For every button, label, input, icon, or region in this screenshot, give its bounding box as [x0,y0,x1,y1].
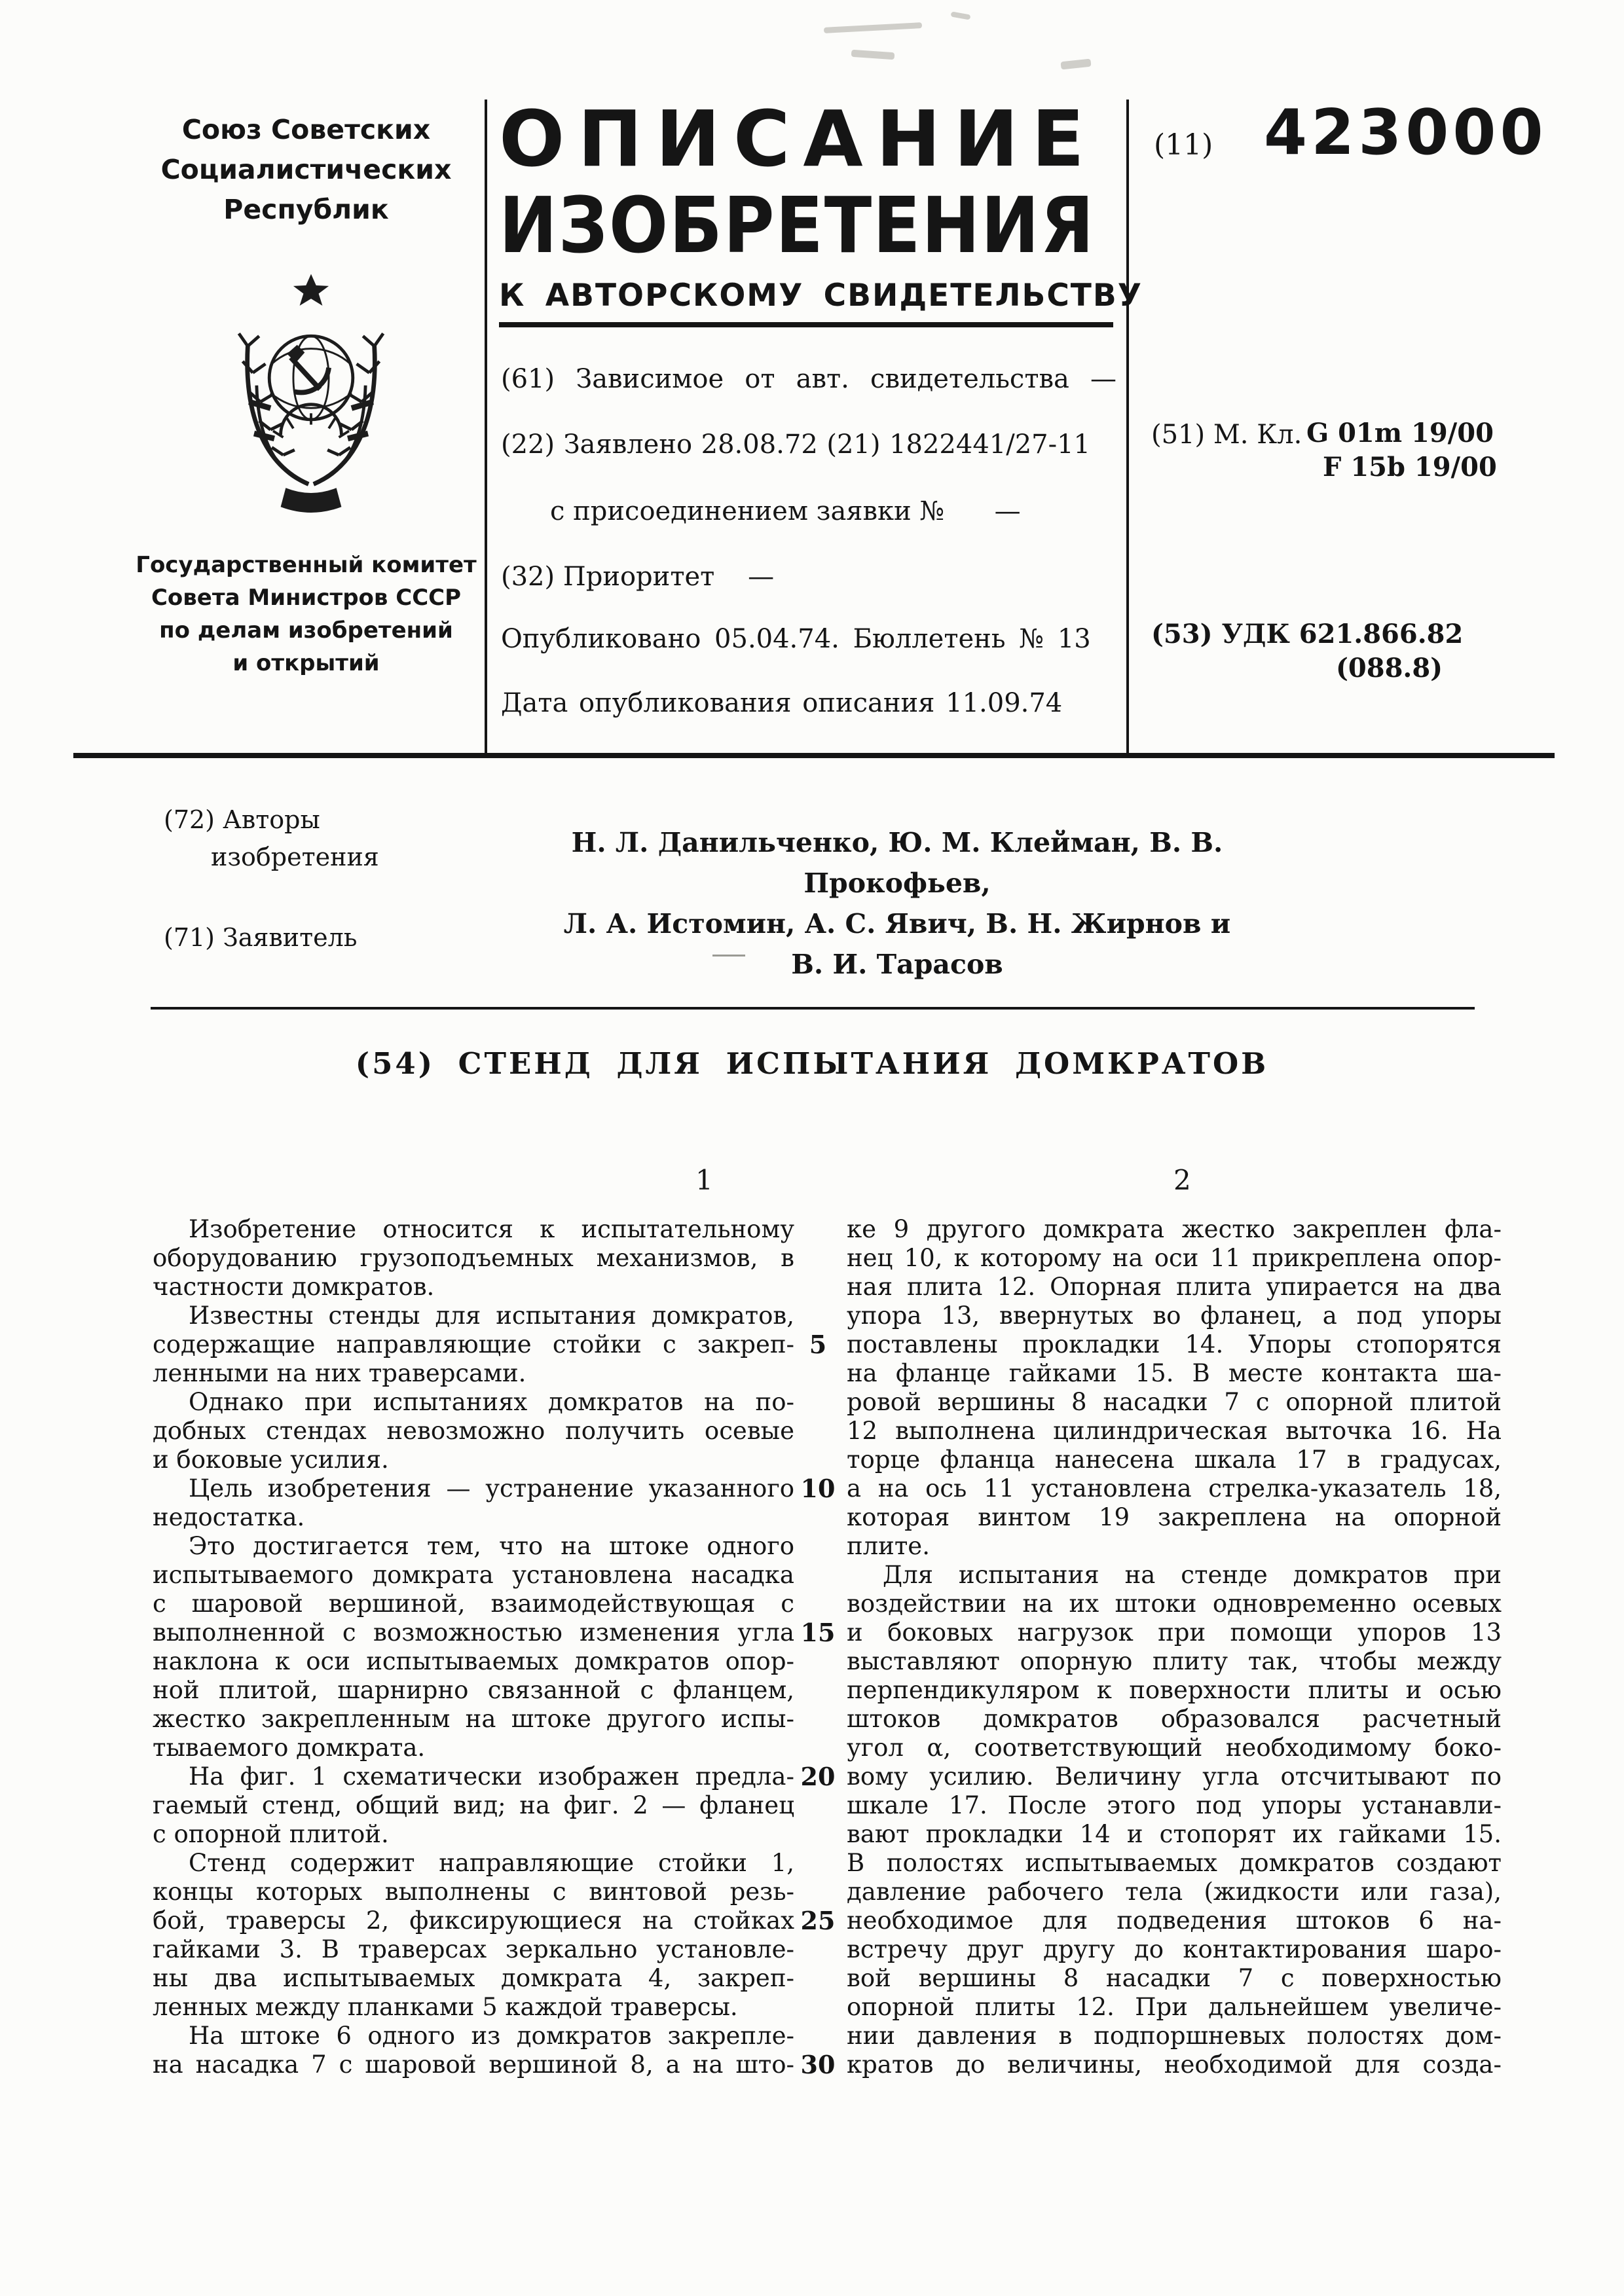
text-line: ленных между планками 5 каждой траверсы. [153,1993,794,2022]
author-names: Н. Л. Данильченко, Ю. М. Клейман, В. В. … [544,822,1251,985]
number-code-label: (11) [1154,128,1213,162]
field-description-date: Дата опубликования описания 11.09.74 [501,687,1062,719]
body-column-1: Изобретение относится к испытательномуоб… [153,1215,794,2079]
text-line: торце фланца нанесена шкала 17 в градуса… [847,1446,1502,1474]
text-line: плите. [847,1532,1502,1561]
list-item: Союз Советских [115,110,498,150]
text-line: оборудованию грузоподъемных механизмов, … [153,1244,794,1273]
subtitle-underline [499,322,1113,327]
ussr-emblem [216,267,406,529]
text-line: опорной плиты 12. При дальнейшем увеличе… [847,1993,1502,2022]
header-divider [73,753,1555,758]
field-61-dependent: (61) Зависимое от авт. свидетельства — [501,363,1116,395]
text-line: нии давления в подпоршневых полостях дом… [847,2022,1502,2050]
text-line: испытываемого домкрата установлена насад… [153,1561,794,1590]
paragraph: Цель изобретения — устранение указанного… [153,1474,794,1532]
doc-subtitle: К АВТОРСКОМУ СВИДЕТЕЛЬСТВУ [499,278,1115,314]
field-72-authors-label-2: изобретения [211,841,379,873]
paragraph: Однако при испытаниях домкратов на по-до… [153,1388,794,1474]
text-line: жестко закрепленным на штоке другого исп… [153,1705,794,1734]
text-line: давление рабочего тела (жидкости или газ… [847,1878,1502,1906]
scan-smudge [824,22,922,33]
field-51-class-value-2: F 15b 19/00 [1323,452,1497,483]
field-51-class-label: (51) М. Кл. [1151,419,1302,450]
list-item: 20 [790,1647,846,1791]
text-line: Для испытания на стенде домкратов при [847,1561,1502,1590]
authors-divider [151,1007,1475,1010]
text-line: Изобретение относится к испытательному [153,1215,794,1244]
text-line: Это достигается тем, что на штоке одного [153,1532,794,1561]
text-line: воздействии на их штоки одновременно осе… [847,1590,1502,1618]
country-name: Союз СоветскихСоциалистическихРеспублик [115,110,498,230]
body-column-2: ке 9 другого домкрата жестко закреплен ф… [847,1215,1502,2079]
text-line: 12 выполнена цилиндрическая выточка 16. … [847,1417,1502,1446]
paragraph: На фиг. 1 схематически изображен предла-… [153,1762,794,1849]
paragraph: Для испытания на стенде домкратов привоз… [847,1561,1502,2079]
text-line: на фланце гайками 15. В месте контакта ш… [847,1359,1502,1388]
text-line: содержащие направляющие стойки с закреп- [153,1330,794,1359]
text-line: перпендикуляром к поверхности плиты и ос… [847,1676,1502,1705]
field-72-authors-label: (72) Авторы [164,804,320,835]
list-item: 10 [790,1359,846,1503]
text-line: упора 13, ввернутых во фланец, а под упо… [847,1302,1502,1330]
text-line: Однако при испытаниях домкратов на по- [153,1388,794,1417]
list-item: Республик [115,190,498,230]
text-line: ная плита 12. Опорная плита упирается на… [847,1273,1502,1302]
list-item: Социалистических [115,150,498,190]
star-icon [293,274,329,306]
text-line: наклона к оси испытываемых домкратов опо… [153,1647,794,1676]
invention-title: (54) СТЕНД ДЛЯ ИСПЫТАНИЯ ДОМКРАТОВ [304,1046,1319,1081]
paragraph: На штоке 6 одного из домкратов закрепле-… [153,2022,794,2079]
text-line: вому усилию. Величину угла отсчитывают п… [847,1762,1502,1791]
text-line: встречу друг другу до контактирования ша… [847,1935,1502,1964]
text-line: Известны стенды для испытания домкратов, [153,1302,794,1330]
text-line: вой вершины 8 насадки 7 с поверхностью [847,1964,1502,1993]
scan-smudge [951,11,971,20]
scan-smudge [851,50,895,60]
text-line: нец 10, к которому на оси 11 прикреплена… [847,1244,1502,1273]
text-line: выполненной с возможностью изменения угл… [153,1618,794,1647]
column-1-number: 1 [695,1164,713,1196]
field-53-udk-value-2: (088.8) [1336,653,1443,684]
field-22-filed: (22) Заявлено 28.08.72 (21) 1822441/27-1… [501,429,1090,460]
patent-number: 423000 [1264,97,1547,169]
text-line: а на ось 11 установлена стрелка-указател… [847,1474,1502,1503]
text-line: с опорной плитой. [153,1820,794,1849]
text-line: ленными на них траверсами. [153,1359,794,1388]
text-line: гайками 3. В траверсах зеркально установ… [153,1935,794,1964]
text-line: поставлены прокладки 14. Упоры стопорятс… [847,1330,1502,1359]
patent-document-page: Союз СоветскихСоциалистическихРеспублик [0,0,1624,2296]
text-line: которая винтом 19 закреплена на опорной [847,1503,1502,1532]
text-line: ной плитой, шарнирно связанной с фланцем… [153,1676,794,1705]
text-line: частности домкратов. [153,1273,794,1302]
vertical-divider [485,100,487,753]
text-line: недостатка. [153,1503,794,1532]
text-line: На фиг. 1 схематически изображен предла- [153,1762,794,1791]
text-line: и боковые усилия. [153,1446,794,1474]
list-item: Государственный комитет [115,549,498,581]
text-line: Стенд содержит направляющие стойки 1, [153,1849,794,1878]
text-line: шкале 17. После этого под упоры устанавл… [847,1791,1502,1820]
line-number-gutter: 51015202530 [790,1215,846,2079]
text-line: ровой вершины 8 насадки 7 с опорной плит… [847,1388,1502,1417]
author-names-line-1: Н. Л. Данильченко, Ю. М. Клейман, В. В. … [544,822,1251,903]
text-line: с шаровой вершиной, взаимодействующая с [153,1590,794,1618]
text-line: тываемого домкрата. [153,1734,794,1762]
text-line: концы которых выполнены с винтовой резь- [153,1878,794,1906]
text-line: и боковых нагрузок при помощи упоров 13 [847,1618,1502,1647]
text-line: На штоке 6 одного из домкратов закрепле- [153,2022,794,2050]
paragraph: Известны стенды для испытания домкратов,… [153,1302,794,1388]
field-32-priority: (32) Приоритет — [501,561,774,592]
field-joined-application: с присоединением заявки № — [550,496,1021,527]
list-item: 15 [790,1503,846,1647]
list-item: 5 [790,1215,846,1359]
scan-smudge [1060,59,1091,70]
field-53-udk-value: (53) УДК 621.866.82 [1151,619,1463,650]
text-line: штоков домкратов образовался расчетный [847,1705,1502,1734]
list-item: и открытий [115,647,498,680]
author-names-line-2: Л. А. Истомин, А. С. Явич, В. Н. Жирнов … [544,903,1251,985]
text-line: В полостях испытываемых домкратов создаю… [847,1849,1502,1878]
paragraph: Стенд содержит направляющие стойки 1,кон… [153,1849,794,2022]
text-line: кратов до величины, необходимой для созд… [847,2050,1502,2079]
field-published: Опубликовано 05.04.74. Бюллетень № 13 [501,623,1091,655]
text-line: вают прокладки 14 и стопорят их гайками … [847,1820,1502,1849]
committee-name: Государственный комитетСовета Министров … [115,549,498,680]
text-line: Цель изобретения — устранение указанного [153,1474,794,1503]
text-line: добных стендах невозможно получить осевы… [153,1417,794,1446]
list-item: 30 [790,1935,846,2079]
text-line: ке 9 другого домкрата жестко закреплен ф… [847,1215,1502,1244]
list-item: по делам изобретений [115,614,498,647]
text-line: на насадка 7 с шаровой вершиной 8, а на … [153,2050,794,2079]
text-line: выставляют опорную плиту так, чтобы межд… [847,1647,1502,1676]
text-line: гаемый стенд, общий вид; на фиг. 2 — фла… [153,1791,794,1820]
text-line: угол α, соответствующий необходимому бок… [847,1734,1502,1762]
text-line: необходимое для подведения штоков 6 на- [847,1906,1502,1935]
paragraph: Это достигается тем, что на штоке одного… [153,1532,794,1762]
field-51-class-value-1: G 01m 19/00 [1306,418,1494,449]
doc-title-opisanie: ОПИСАНИЕ [499,100,1115,178]
vertical-divider [1126,100,1129,753]
list-item: Совета Министров СССР [115,581,498,614]
doc-title-izobreteniya: ИЗОБРЕТЕНИЯ [499,186,1112,264]
column-2-number: 2 [1173,1164,1191,1196]
field-71-applicant-label: (71) Заявитель [164,922,357,953]
paragraph: Изобретение относится к испытательномуоб… [153,1215,794,1302]
text-line: ны два испытываемых домкрата 4, закреп- [153,1964,794,1993]
list-item: 25 [790,1791,846,1935]
paragraph: ке 9 другого домкрата жестко закреплен ф… [847,1215,1502,1561]
text-line: бой, траверсы 2, фиксирующиеся на стойка… [153,1906,794,1935]
